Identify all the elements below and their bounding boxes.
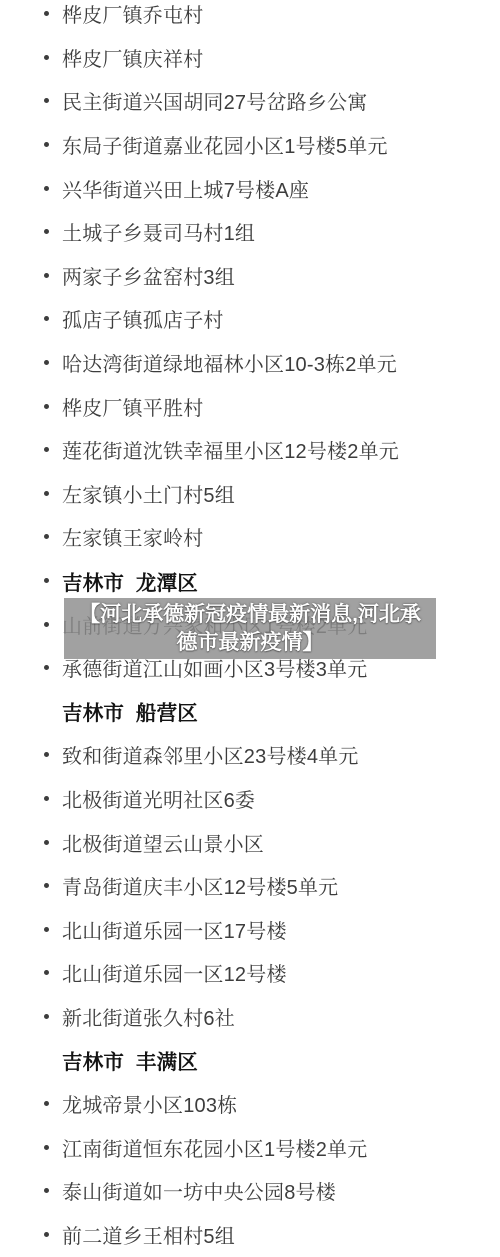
bullet-icon (44, 360, 49, 365)
list-item-label: 桦皮厂镇乔屯村 (62, 0, 203, 28)
list-item: 泰山街道如一坊中央公园8号楼 (0, 1169, 500, 1213)
section-header-row: 吉林市 丰满区 (0, 1038, 500, 1082)
section-header-label: 吉林市 丰满区 (62, 1045, 198, 1075)
bullet-icon (44, 404, 49, 409)
list-item-label: 桦皮厂镇庆祥村 (62, 43, 203, 72)
section-header-row: 吉林市 船营区 (0, 690, 500, 734)
bullet-icon (44, 927, 49, 932)
list-item: 新北街道张久村6社 (0, 995, 500, 1039)
list-item: 青岛街道庆丰小区12号楼5单元 (0, 864, 500, 908)
list-item: 土城子乡聂司马村1组 (0, 210, 500, 254)
bullet-icon (44, 447, 49, 452)
bullet-icon (44, 840, 49, 845)
list-item: 孤店子镇孤店子村 (0, 297, 500, 341)
list-item-label: 北山街道乐园一区12号楼 (62, 958, 287, 987)
list-item: 前二道乡王相村5组 (0, 1213, 500, 1257)
bullet-icon (44, 665, 49, 670)
list-item: 北极街道望云山景小区 (0, 820, 500, 864)
bullet-icon (44, 622, 49, 627)
bullet-icon (44, 316, 49, 321)
list-item: 江南街道恒东花园小区1号楼2单元 (0, 1125, 500, 1169)
list-item-label: 土城子乡聂司马村1组 (62, 217, 255, 246)
list-item-label: 民主街道兴国胡同27号岔路乡公寓 (62, 86, 367, 115)
bullet-icon (44, 883, 49, 888)
bullet-icon (44, 98, 49, 103)
bullet-icon (44, 55, 49, 60)
list-item-label: 左家镇小土门村5组 (62, 479, 235, 508)
list-item: 两家子乡盆窑村3组 (0, 254, 500, 298)
list-item: 致和街道森邻里小区23号楼4单元 (0, 733, 500, 777)
list-item-label: 泰山街道如一坊中央公园8号楼 (62, 1176, 336, 1205)
caption-line-2: 德市最新疫情】 (177, 629, 324, 657)
bullet-icon (44, 752, 49, 757)
caption-overlay: 【河北承德新冠疫情最新消息,河北承 德市最新疫情】 (64, 598, 436, 659)
list-item: 桦皮厂镇庆祥村 (0, 36, 500, 80)
list-item-label: 江南街道恒东花园小区1号楼2单元 (62, 1133, 367, 1162)
bullet-icon (44, 491, 49, 496)
list-item: 东局子街道嘉业花园小区1号楼5单元 (0, 123, 500, 167)
bullet-icon (44, 578, 49, 583)
list-item-label: 孤店子镇孤店子村 (62, 304, 224, 333)
list-item-label: 致和街道森邻里小区23号楼4单元 (62, 740, 359, 769)
list-item-label: 兴华街道兴田上城7号楼A座 (62, 174, 309, 203)
list-item-label: 北极街道光明社区6委 (62, 784, 255, 813)
section-header-label: 吉林市 船营区 (62, 696, 198, 726)
list-item: 桦皮厂镇平胜村 (0, 384, 500, 428)
list-item-label: 前二道乡王相村5组 (62, 1220, 235, 1249)
bullet-icon (44, 11, 49, 16)
section-header-row: 吉林市 龙潭区 (0, 559, 500, 603)
bullet-icon (44, 534, 49, 539)
list-item: 北山街道乐园一区12号楼 (0, 951, 500, 995)
bullet-icon (44, 1232, 49, 1237)
bullet-icon (44, 273, 49, 278)
caption-line-1: 【河北承德新冠疫情最新消息,河北承 (79, 601, 421, 629)
list-item-label: 龙城帝景小区103栋 (62, 1089, 237, 1118)
bullet-icon (44, 1101, 49, 1106)
list-item: 兴华街道兴田上城7号楼A座 (0, 166, 500, 210)
list-item-label: 青岛街道庆丰小区12号楼5单元 (62, 871, 338, 900)
list-item: 桦皮厂镇乔屯村 (0, 0, 500, 36)
bullet-icon (44, 1145, 49, 1150)
bullet-icon (44, 186, 49, 191)
list-item: 左家镇小土门村5组 (0, 472, 500, 516)
bullet-icon (44, 1014, 49, 1019)
list-item: 北山街道乐园一区17号楼 (0, 907, 500, 951)
bullet-icon (44, 970, 49, 975)
list-item-label: 桦皮厂镇平胜村 (62, 392, 203, 421)
list-item: 左家镇王家岭村 (0, 515, 500, 559)
bullet-icon (44, 1188, 49, 1193)
list-item: 北极街道光明社区6委 (0, 777, 500, 821)
list-item: 莲花街道沈铁幸福里小区12号楼2单元 (0, 428, 500, 472)
list-item-label: 哈达湾街道绿地福林小区10-3栋2单元 (62, 348, 397, 377)
list-item: 龙城帝景小区103栋 (0, 1082, 500, 1126)
list-item: 民主街道兴国胡同27号岔路乡公寓 (0, 79, 500, 123)
bullet-icon (44, 142, 49, 147)
bullet-icon (44, 796, 49, 801)
list-item-label: 北极街道望云山景小区 (62, 828, 264, 857)
bullet-icon (44, 229, 49, 234)
list-item-label: 左家镇王家岭村 (62, 522, 203, 551)
list-item: 哈达湾街道绿地福林小区10-3栋2单元 (0, 341, 500, 385)
list-item-label: 莲花街道沈铁幸福里小区12号楼2单元 (62, 435, 399, 464)
list-item-label: 新北街道张久村6社 (62, 1002, 235, 1031)
list-item-label: 北山街道乐园一区17号楼 (62, 915, 287, 944)
address-list-page: 桦皮厂镇乔屯村桦皮厂镇庆祥村民主街道兴国胡同27号岔路乡公寓东局子街道嘉业花园小… (0, 0, 500, 1257)
list-item-label: 东局子街道嘉业花园小区1号楼5单元 (62, 130, 388, 159)
list-item-label: 两家子乡盆窑村3组 (62, 261, 235, 290)
section-header-label: 吉林市 龙潭区 (62, 566, 198, 596)
